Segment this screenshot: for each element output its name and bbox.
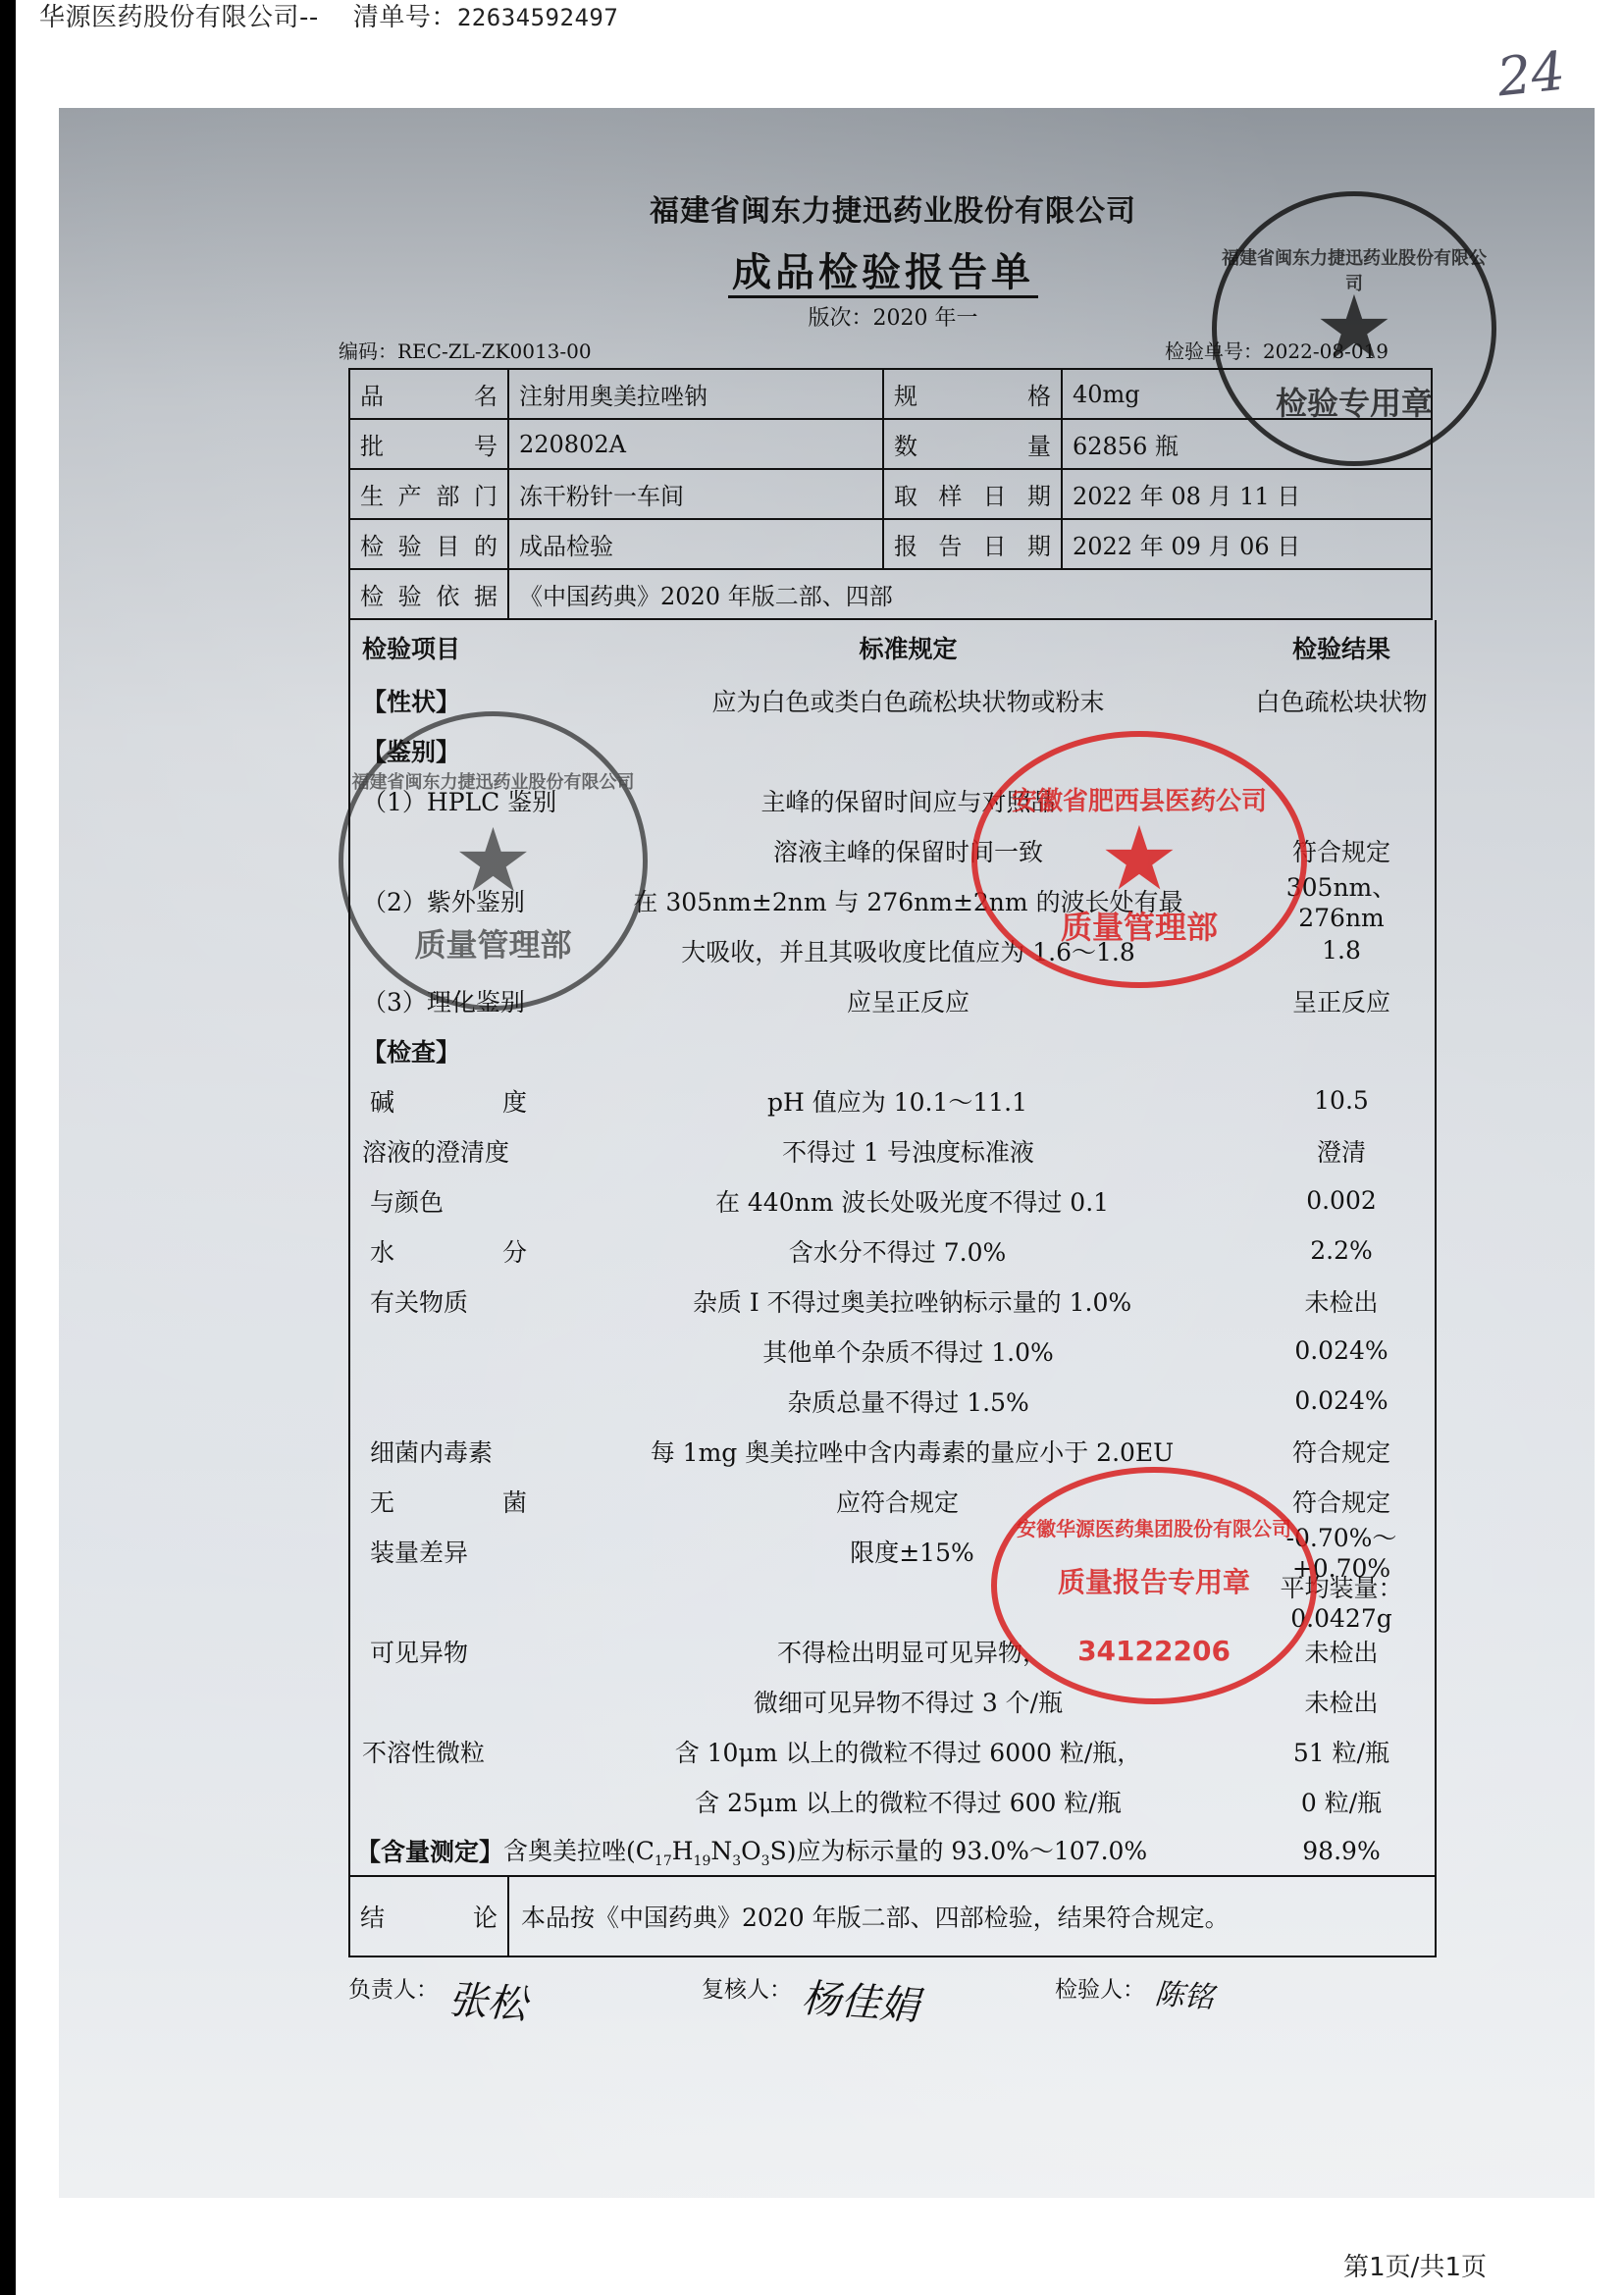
test-result: 呈正反应 xyxy=(1248,983,1435,1018)
test-standard: 限度±15% xyxy=(576,1534,1248,1569)
test-item: 不溶性微粒 xyxy=(350,1734,568,1769)
conclusion-text: 本品按《中国药典》2020 年版二部、四部检验，结果符合规定。 xyxy=(509,1899,1230,1934)
list-number: 22634592497 xyxy=(457,4,618,31)
info-row: 品 名注射用奥美拉唑钠规 格40mg xyxy=(349,369,1432,419)
test-row: 【性状】应为白色或类白色疏松块状物或粉末白色疏松块状物 xyxy=(350,675,1435,725)
list-number-label: 清单号： xyxy=(353,3,457,32)
info-value: 冻干粉针一车间 xyxy=(508,469,883,519)
info-value2: 62856 瓶 xyxy=(1062,419,1432,469)
info-label: 品 名 xyxy=(349,369,508,419)
distributor-name: 华源医药股份有限公司-- xyxy=(39,3,319,32)
test-item: 无 菌 xyxy=(370,1484,547,1519)
test-row: 杂质总量不得过 1.5%0.024% xyxy=(350,1376,1435,1426)
test-item: 碱 度 xyxy=(370,1083,547,1119)
test-item: 装量差异 xyxy=(350,1534,576,1569)
test-row: 水 分含水分不得过 7.0%2.2% xyxy=(350,1226,1435,1276)
inspection-report: 福建省闽东力捷迅药业股份有限公司 成品检验报告单 版次：2020 年一 编码：R… xyxy=(280,186,1447,2027)
test-row: 细菌内毒素每 1mg 奥美拉唑中含内毒素的量应小于 2.0EU符合规定 xyxy=(350,1426,1435,1476)
inspection-no-label: 检验单号： xyxy=(1165,339,1263,363)
info-value2: 2022 年 09 月 06 日 xyxy=(1062,519,1432,569)
test-result: 符合规定 xyxy=(1248,833,1435,868)
test-row: 【检查】 xyxy=(350,1025,1435,1075)
tests-header: 检验项目 标准规定 检验结果 xyxy=(350,620,1435,675)
test-item: 可见异物 xyxy=(350,1634,576,1669)
test-item: 细菌内毒素 xyxy=(350,1434,576,1469)
test-row: （3）理化鉴别应呈正反应呈正反应 xyxy=(350,975,1435,1025)
test-result: 0.002 xyxy=(1248,1186,1435,1215)
test-result: 白色疏松块状物 xyxy=(1248,683,1435,718)
info-value: 220802A xyxy=(508,419,883,469)
test-standard: 杂质总量不得过 1.5% xyxy=(568,1383,1248,1419)
test-standard: 每 1mg 奥美拉唑中含内毒素的量应小于 2.0EU xyxy=(576,1434,1248,1469)
test-standard: 应为白色或类白色疏松块状物或粉末 xyxy=(568,683,1248,718)
info-label: 检验目的 xyxy=(349,519,508,569)
test-result: 305nm、276nm xyxy=(1248,868,1435,932)
test-row: 可见异物不得检出明显可见异物，未检出 xyxy=(350,1626,1435,1676)
info-label2: 取样日期 xyxy=(883,469,1062,519)
basis-value: 《中国药典》2020 年版二部、四部 xyxy=(508,569,1432,619)
test-item: 【性状】 xyxy=(350,683,568,718)
test-standard: 在 440nm 波长处吸光度不得过 0.1 xyxy=(576,1183,1248,1219)
test-standard: 不得过 1 号浊度标准液 xyxy=(568,1133,1248,1169)
header-standard: 标准规定 xyxy=(568,630,1248,665)
test-standard: 含 25μm 以上的微粒不得过 600 粒/瓶 xyxy=(568,1784,1248,1819)
test-result: 未检出 xyxy=(1248,1283,1435,1319)
info-label2: 报告日期 xyxy=(883,519,1062,569)
test-row: 含 25μm 以上的微粒不得过 600 粒/瓶0 粒/瓶 xyxy=(350,1776,1435,1826)
scan-edge xyxy=(0,0,16,2295)
assay-row: 【含量测定】 含奥美拉唑(C17H19N3O3S)应为标示量的 93.0%～10… xyxy=(350,1826,1435,1877)
test-item: （2）紫外鉴别 xyxy=(350,883,568,918)
info-row: 生产部门冻干粉针一车间取样日期2022 年 08 月 11 日 xyxy=(349,469,1432,519)
test-row: 溶液的澄清度不得过 1 号浊度标准液澄清 xyxy=(350,1125,1435,1175)
test-item: （1）HPLC 鉴别 xyxy=(350,783,568,818)
inspection-no: 2022-08-019 xyxy=(1263,339,1388,363)
test-item: 有关物质 xyxy=(350,1283,576,1319)
test-row: 与颜色在 440nm 波长处吸光度不得过 0.10.002 xyxy=(350,1175,1435,1226)
signature-handwriting: 张松 xyxy=(446,1968,529,2029)
test-result: 51 粒/瓶 xyxy=(1248,1734,1435,1769)
test-result: 澄清 xyxy=(1248,1133,1435,1169)
test-result: 符合规定 xyxy=(1248,1434,1435,1469)
test-item: 【检查】 xyxy=(350,1033,568,1069)
test-standard: 大吸收，并且其吸收度比值应为 1.6～1.8 xyxy=(568,933,1248,968)
test-item: （3）理化鉴别 xyxy=(350,983,568,1018)
info-value2: 2022 年 08 月 11 日 xyxy=(1062,469,1432,519)
test-row: 【鉴别】 xyxy=(350,725,1435,775)
test-standard: 主峰的保留时间应与对照品 xyxy=(568,783,1248,818)
test-result: 0.024% xyxy=(1248,1336,1435,1365)
test-result: 未检出 xyxy=(1248,1634,1435,1669)
test-standard: 微细可见异物不得过 3 个/瓶 xyxy=(568,1684,1248,1719)
test-standard: 在 305nm±2nm 与 276nm±2nm 的波长处有最 xyxy=(568,883,1248,918)
test-standard: 不得检出明显可见异物， xyxy=(576,1634,1248,1669)
test-row: 有关物质杂质 I 不得过奥美拉唑钠标示量的 1.0%未检出 xyxy=(350,1276,1435,1326)
signatures: 负责人：张松 复核人：杨佳娟 检验人：陈铭 xyxy=(348,1971,1433,2027)
info-label: 生产部门 xyxy=(349,469,508,519)
test-item: 溶液的澄清度 xyxy=(350,1133,568,1169)
manufacturer-name: 福建省闽东力捷迅药业股份有限公司 xyxy=(339,186,1447,230)
test-row: 微细可见异物不得过 3 个/瓶未检出 xyxy=(350,1676,1435,1726)
basis-label: 检验依据 xyxy=(349,569,508,619)
product-info-table: 品 名注射用奥美拉唑钠规 格40mg批 号220802A数 量62856 瓶生产… xyxy=(348,368,1433,620)
conclusion-row: 结 论 本品按《中国药典》2020 年版二部、四部检验，结果符合规定。 xyxy=(350,1877,1435,1957)
info-row: 检验目的成品检验报告日期2022 年 09 月 06 日 xyxy=(349,519,1432,569)
test-results: 检验项目 标准规定 检验结果 【性状】应为白色或类白色疏松块状物或粉末白色疏松块… xyxy=(348,620,1437,1957)
test-row: （1）HPLC 鉴别主峰的保留时间应与对照品 xyxy=(350,775,1435,825)
test-item: 与颜色 xyxy=(350,1183,576,1219)
test-result: 未检出 xyxy=(1248,1684,1435,1719)
test-result: 10.5 xyxy=(1248,1086,1435,1115)
info-value2: 40mg xyxy=(1062,369,1432,419)
test-item: 【鉴别】 xyxy=(350,733,568,768)
signature-handwriting: 陈铭 xyxy=(1154,1969,1216,2016)
info-value: 成品检验 xyxy=(508,519,883,569)
conclusion-label: 结 论 xyxy=(360,1899,498,1934)
test-standard: 含水分不得过 7.0% xyxy=(547,1233,1248,1269)
test-result: 平均装量：0.0427g xyxy=(1248,1569,1435,1633)
report-meta: 编码：REC-ZL-ZK0013-00 检验单号：2022-08-019 xyxy=(280,336,1447,364)
info-value: 注射用奥美拉唑钠 xyxy=(508,369,883,419)
basis-row: 检验依据 《中国药典》2020 年版二部、四部 xyxy=(349,569,1432,619)
report-version: 版次：2020 年一 xyxy=(339,301,1447,332)
report-code: REC-ZL-ZK0013-00 xyxy=(397,339,592,363)
signature-inspector: 检验人：陈铭 xyxy=(1055,1971,1214,2027)
test-standard: 其他单个杂质不得过 1.0% xyxy=(568,1333,1248,1369)
info-label2: 规 格 xyxy=(883,369,1062,419)
test-row: （2）紫外鉴别在 305nm±2nm 与 276nm±2nm 的波长处有最305… xyxy=(350,875,1435,925)
page-indicator: 第1页/共1页 xyxy=(1343,2247,1487,2283)
assay-standard: 含奥美拉唑(C17H19N3O3S)应为标示量的 93.0%～107.0% xyxy=(503,1832,1248,1869)
info-label: 批 号 xyxy=(349,419,508,469)
document-header-line: 华源医药股份有限公司-- 清单号：22634592497 xyxy=(39,0,618,35)
test-row: 其他单个杂质不得过 1.0%0.024% xyxy=(350,1326,1435,1376)
test-standard: 杂质 I 不得过奥美拉唑钠标示量的 1.0% xyxy=(576,1283,1248,1319)
test-item: 水 分 xyxy=(370,1233,547,1269)
assay-result: 98.9% xyxy=(1248,1837,1435,1865)
test-standard: 溶液主峰的保留时间一致 xyxy=(568,833,1248,868)
info-row: 批 号220802A数 量62856 瓶 xyxy=(349,419,1432,469)
test-result: 符合规定 xyxy=(1248,1484,1435,1519)
test-result: 0 粒/瓶 xyxy=(1248,1784,1435,1819)
signature-handwriting: 杨佳娟 xyxy=(800,1967,921,2031)
test-row: 不溶性微粒含 10μm 以上的微粒不得过 6000 粒/瓶，51 粒/瓶 xyxy=(350,1726,1435,1776)
test-result: 0.024% xyxy=(1248,1386,1435,1415)
info-label2: 数 量 xyxy=(883,419,1062,469)
assay-label: 【含量测定】 xyxy=(350,1833,503,1868)
header-result: 检验结果 xyxy=(1248,630,1435,665)
test-standard: 含 10μm 以上的微粒不得过 6000 粒/瓶， xyxy=(568,1734,1248,1769)
signature-reviewer: 复核人：杨佳娟 xyxy=(702,1971,1055,2027)
code-label: 编码： xyxy=(339,339,397,363)
test-result: 1.8 xyxy=(1248,936,1435,965)
test-row: 平均装量：0.0427g xyxy=(350,1576,1435,1626)
test-result: 2.2% xyxy=(1248,1236,1435,1265)
test-row: 碱 度pH 值应为 10.1～11.110.5 xyxy=(350,1075,1435,1125)
header-item: 检验项目 xyxy=(350,630,568,665)
report-title: 成品检验报告单 xyxy=(319,241,1447,297)
handwritten-page-mark: 24 xyxy=(1494,40,1568,109)
test-standard: 应符合规定 xyxy=(547,1484,1248,1519)
test-standard: 应呈正反应 xyxy=(568,983,1248,1018)
test-standard: pH 值应为 10.1～11.1 xyxy=(547,1083,1248,1119)
signature-responsible: 负责人：张松 xyxy=(348,1971,702,2027)
test-row: 大吸收，并且其吸收度比值应为 1.6～1.81.8 xyxy=(350,925,1435,975)
